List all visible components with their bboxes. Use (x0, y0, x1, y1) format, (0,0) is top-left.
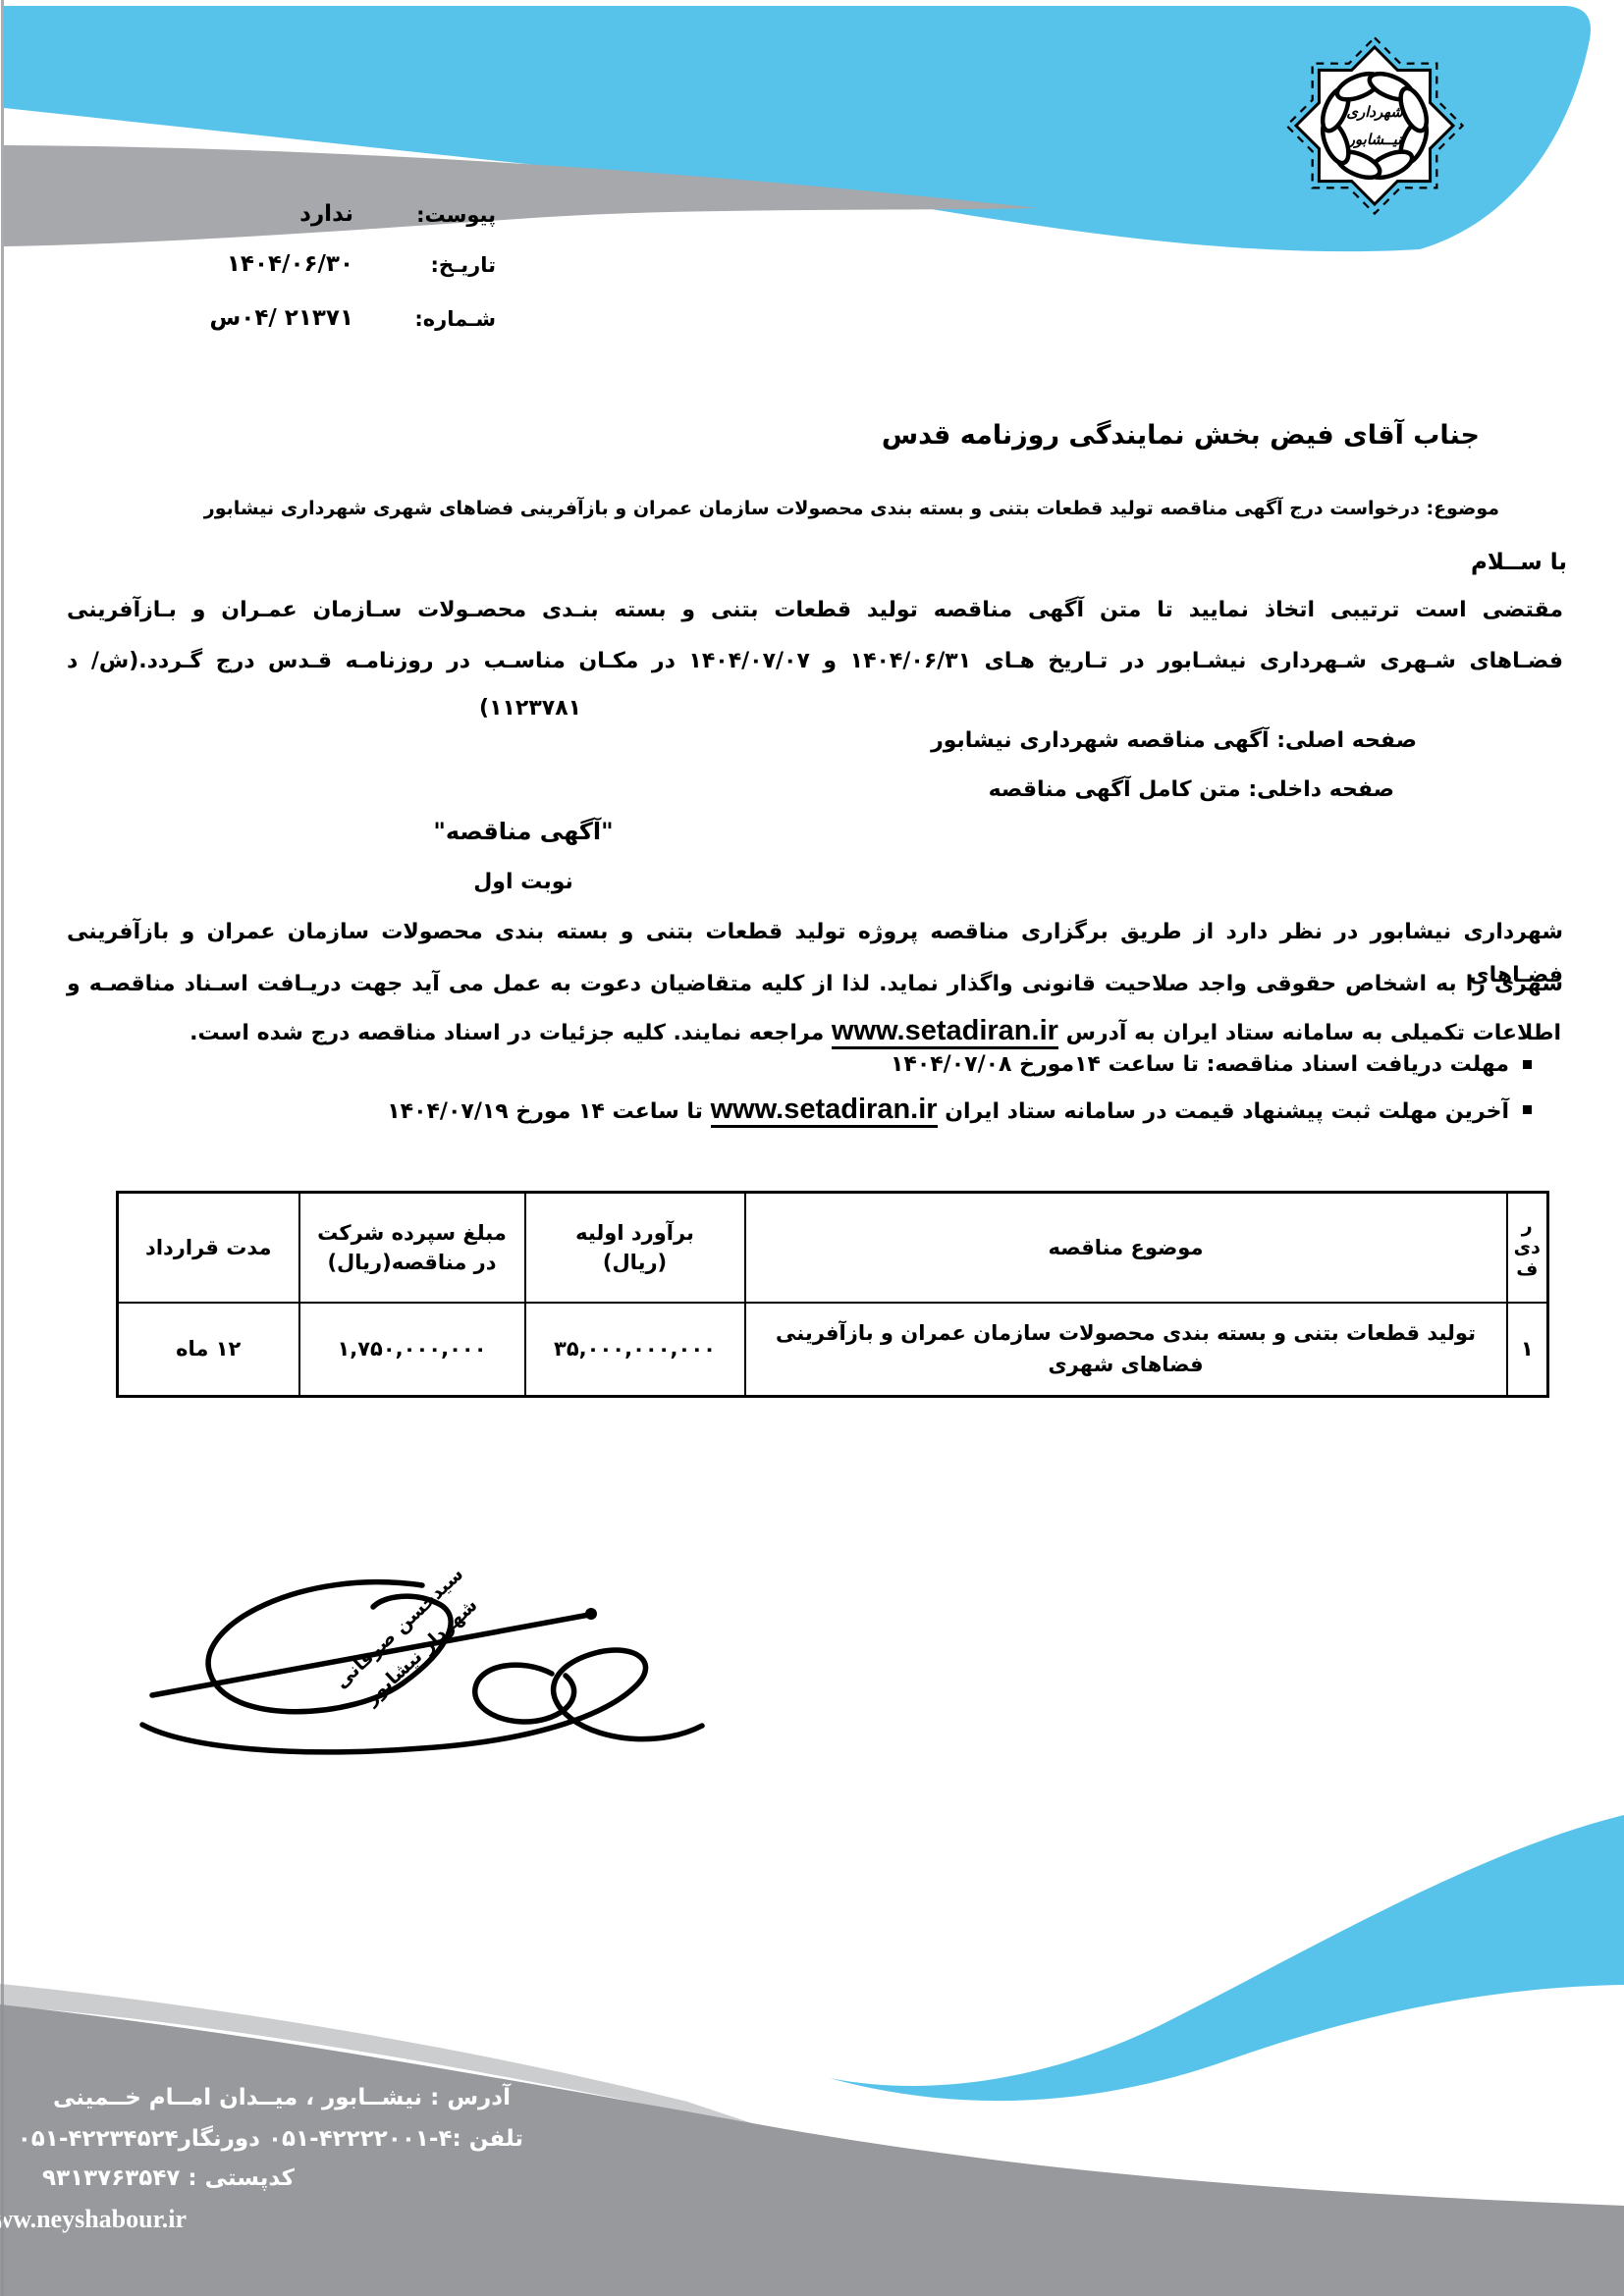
recipient-line: جناب آقای فیض بخش نمایندگی روزنامه قدس (882, 420, 1480, 451)
letter-page: شهرداری نیــشابور پیوست: ندارد تاریـخ: ۱… (0, 0, 1624, 2296)
footer-address: آدرس : نیشــابور ، میــدان امــام خــمین… (53, 2085, 511, 2110)
footer-blue-swoosh (830, 1815, 1624, 2101)
cell-deposit: ۱,۷۵۰,۰۰۰,۰۰۰ (299, 1303, 525, 1397)
col-header-duration: مدت قرارداد (118, 1193, 299, 1303)
col-header-subject: موضوع مناقصه (745, 1193, 1507, 1303)
tender-table: ر دی ف موضوع مناقصه برآورد اولیه (ریال) … (116, 1191, 1549, 1398)
logo-org-name-1: شهرداری (1316, 103, 1434, 121)
footer-website-link[interactable]: www.neyshabour.ir (0, 2205, 187, 2234)
date-label: تاریـخ: (431, 253, 496, 277)
attachment-label: پیوست: (416, 203, 496, 227)
salutation: با ســلام (1471, 550, 1567, 575)
paragraph2-line3-text-before: اطلاعات تکمیلی به سامانه ستاد ایران به آ… (1058, 1021, 1561, 1045)
footer-postal-code: کدپستی : ۹۳۱۳۷۶۳۵۴۷ (42, 2165, 295, 2191)
paragraph2-line3: اطلاعات تکمیلی به سامانه ستاد ایران به آ… (189, 1009, 1561, 1055)
page-edge-line (1, 0, 4, 2296)
bullet-deadline-docs: مهلت دریافت اسناد مناقصه: تا ساعت ۱۴مورخ… (891, 1052, 1532, 1077)
footer-banner (0, 1786, 1624, 2296)
main-page-line: صفحه اصلی: آگهی مناقصه شهرداری نیشابور (931, 728, 1417, 753)
bullet1-text: مهلت دریافت اسناد مناقصه: تا ساعت ۱۴مورخ… (891, 1052, 1509, 1077)
bullet-square-icon (1523, 1060, 1532, 1069)
footer-phone-fax: تلفن :۴-۴۲۲۲۲۰۰۱-۰۵۱ دورنگار۴۲۲۳۴۵۲۴-۰۵۱ (18, 2126, 523, 2152)
number-label: شـماره: (414, 307, 496, 331)
bullet-deadline-bid: آخرین مهلت ثبت پیشنهاد قیمت در سامانه ست… (387, 1094, 1532, 1126)
attachment-value: ندارد (299, 201, 353, 227)
cell-subject: تولید قطعات بتنی و بسته بندی محصولات ساز… (745, 1303, 1507, 1397)
bullet-square-icon (1523, 1105, 1532, 1114)
setadiran-link[interactable]: www.setadiran.ir (832, 1015, 1058, 1049)
table-header-row: ر دی ف موضوع مناقصه برآورد اولیه (ریال) … (118, 1193, 1548, 1303)
ad-round: نوبت اول (376, 870, 671, 894)
ad-title: "آگهی مناقصه" (376, 818, 671, 845)
bullet2-text-after: تا ساعت ۱۴ مورخ ۱۴۰۴/۰۷/۱۹ (387, 1099, 710, 1124)
table-row: ۱ تولید قطعات بتنی و بسته بندی محصولات س… (118, 1303, 1548, 1397)
subject-line: موضوع: درخواست درج آگهی مناقصه تولید قطع… (204, 498, 1499, 519)
number-value: ۲۱۳۷۱ /۰۴س (210, 305, 353, 331)
paragraph2-line2: شهری را به اشخاص حقوقی واجد صلاحیت قانون… (67, 963, 1563, 1006)
paragraph1-line3: ۱۱۲۳۷۸۱) (479, 687, 581, 730)
paragraph1-line1: مقتضی است ترتیبی اتخاذ نمایید تا متن آگه… (67, 589, 1563, 632)
col-header-estimate: برآورد اولیه (ریال) (525, 1193, 745, 1303)
bullet2-text-before: آخرین مهلت ثبت پیشنهاد قیمت در سامانه ست… (938, 1099, 1509, 1124)
cell-duration: ۱۲ ماه (118, 1303, 299, 1397)
logo-org-name-2: نیــشابور (1316, 131, 1434, 148)
col-header-row-number: ر دی ف (1507, 1193, 1548, 1303)
cell-row-number: ۱ (1507, 1303, 1548, 1397)
paragraph1-line2: فضـاهای شـهری شـهرداری نیشـابور در تـاری… (67, 640, 1563, 683)
cell-estimate: ۳۵,۰۰۰,۰۰۰,۰۰۰ (525, 1303, 745, 1397)
setadiran-link-2[interactable]: www.setadiran.ir (711, 1094, 938, 1128)
col-header-deposit: مبلغ سپرده شرکت در مناقصه(ریال) (299, 1193, 525, 1303)
paragraph2-line3-text-after: مراجعه نمایند. کلیه جزئیات در اسناد مناق… (189, 1021, 832, 1045)
date-value: ۱۴۰۴/۰۶/۳۰ (227, 251, 353, 277)
inner-page-line: صفحه داخلی: متن کامل آگهی مناقصه (989, 777, 1394, 802)
bullet2-text: آخرین مهلت ثبت پیشنهاد قیمت در سامانه ست… (387, 1094, 1509, 1126)
